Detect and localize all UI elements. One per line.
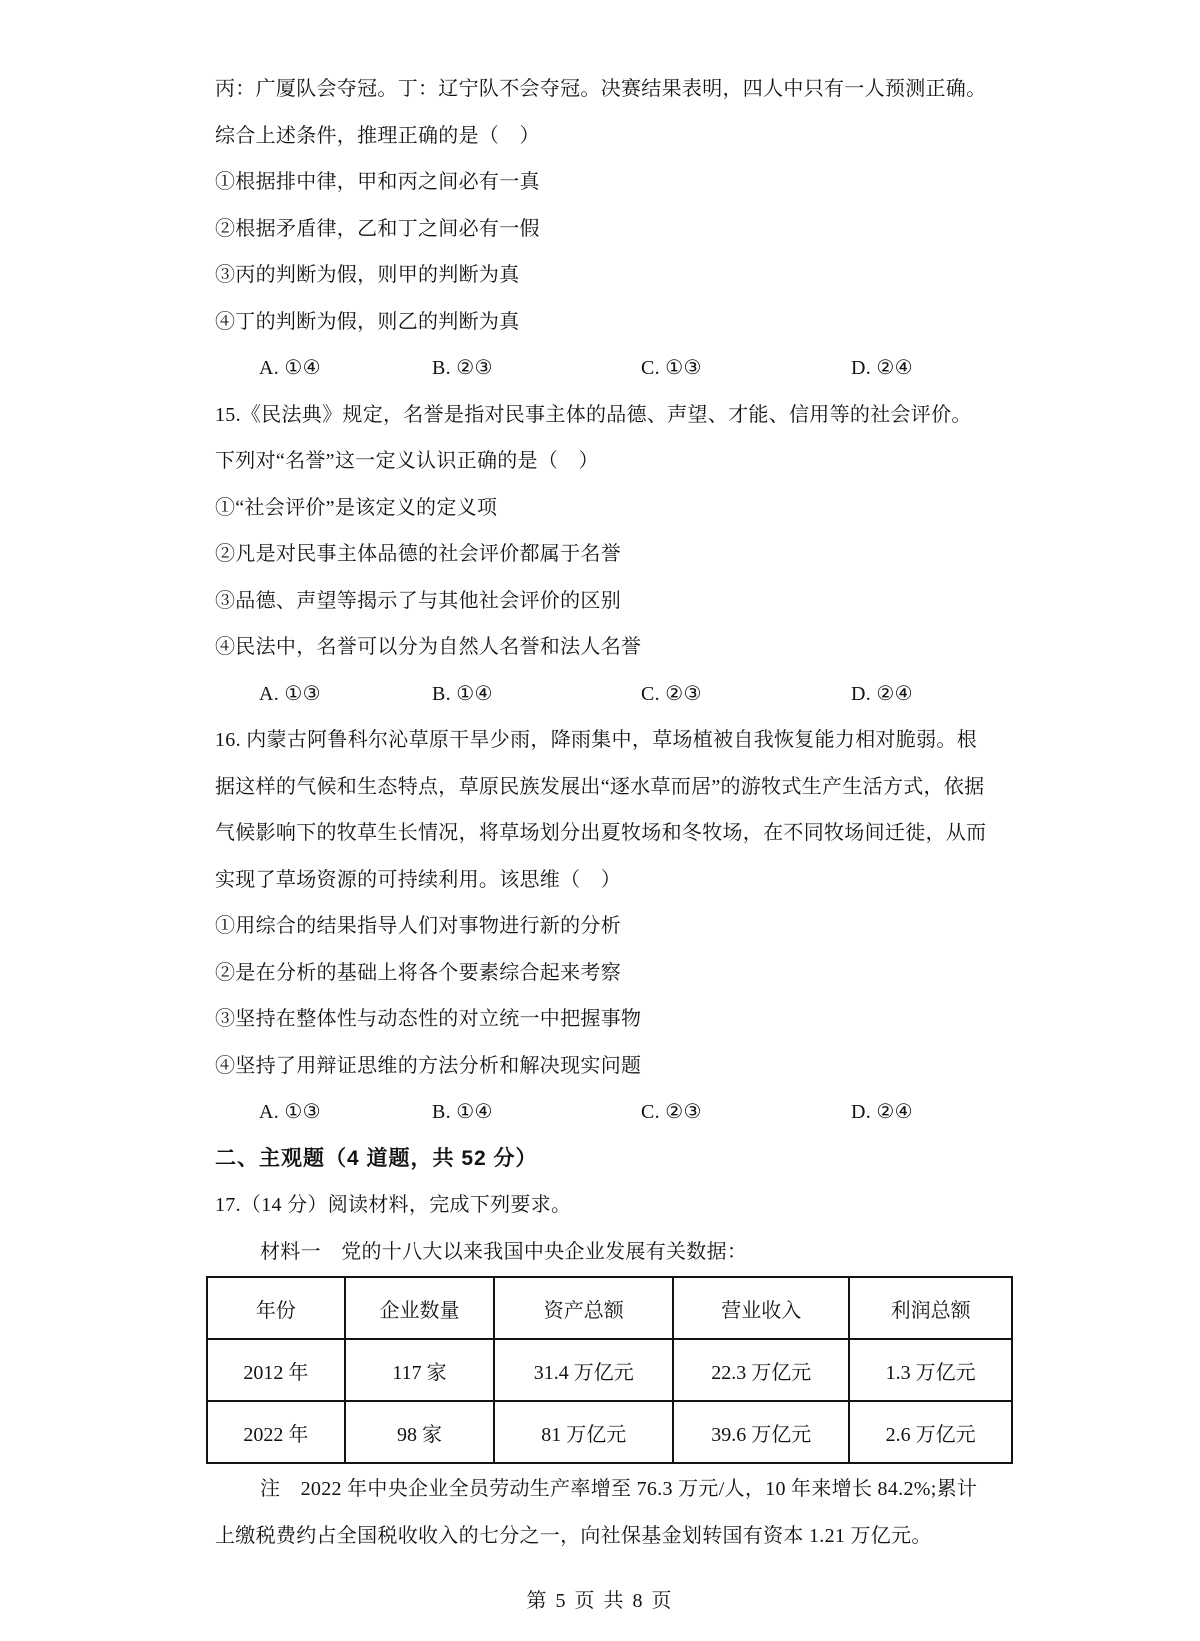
- q16-options-row: A. ①③ B. ①④ C. ②③ D. ②④: [215, 1089, 975, 1136]
- q14-option-b: B. ②③: [432, 345, 493, 392]
- page-number-footer: 第 5 页 共 8 页: [0, 1586, 1200, 1616]
- q15-item-1: ①“社会评价”是该定义的定义项: [215, 485, 975, 532]
- q14-stem-line-2: 综合上述条件，推理正确的是（ ）: [215, 113, 975, 160]
- q16-stem-line-2: 据这样的气候和生态特点，草原民族发展出“逐水草而居”的游牧式生产生活方式，依据: [215, 764, 975, 811]
- q14-item-1: ①根据排中律，甲和丙之间必有一真: [215, 159, 975, 206]
- q16-item-4: ④坚持了用辩证思维的方法分析和解决现实问题: [215, 1043, 975, 1090]
- table-row-2012: 2012 年 117 家 31.4 万亿元 22.3 万亿元 1.3 万亿元: [207, 1339, 1012, 1401]
- table-header-total-profit: 利润总额: [849, 1277, 1012, 1339]
- cell-2012-profit: 1.3 万亿元: [849, 1339, 1012, 1401]
- q14-item-4: ④丁的判断为假，则乙的判断为真: [215, 299, 975, 346]
- exam-content: 丙：广厦队会夺冠。丁：辽宁队不会夺冠。决赛结果表明，四人中只有一人预测正确。 综…: [215, 66, 975, 1559]
- q16-option-a: A. ①③: [259, 1089, 321, 1136]
- q15-item-3: ③品德、声望等揭示了与其他社会评价的区别: [215, 578, 975, 625]
- table-header-total-assets: 资产总额: [494, 1277, 673, 1339]
- cell-2022-profit: 2.6 万亿元: [849, 1401, 1012, 1463]
- q17-material-1-label: 材料一 党的十八大以来我国中央企业发展有关数据：: [215, 1229, 975, 1276]
- q15-option-c: C. ②③: [641, 671, 702, 718]
- section-2-heading: 二、主观题（4 道题，共 52 分）: [215, 1136, 975, 1183]
- q16-stem-line-1: 16. 内蒙古阿鲁科尔沁草原干旱少雨，降雨集中，草场植被自我恢复能力相对脆弱。根: [215, 717, 975, 764]
- q17-data-table: 年份 企业数量 资产总额 营业收入 利润总额 2012 年 117 家 31.4…: [206, 1276, 1013, 1464]
- cell-2022-count: 98 家: [345, 1401, 495, 1463]
- cell-2012-count: 117 家: [345, 1339, 495, 1401]
- q15-option-a: A. ①③: [259, 671, 321, 718]
- table-header-operating-revenue: 营业收入: [673, 1277, 849, 1339]
- q14-option-d: D. ②④: [851, 345, 913, 392]
- q15-options-row: A. ①③ B. ①④ C. ②③ D. ②④: [215, 671, 975, 718]
- q16-item-1: ①用综合的结果指导人们对事物进行新的分析: [215, 903, 975, 950]
- q16-option-d: D. ②④: [851, 1089, 913, 1136]
- q17-note-line-2: 上缴税费约占全国税收收入的七分之一，向社保基金划转国有资本 1.21 万亿元。: [215, 1513, 975, 1560]
- table-header-enterprise-count: 企业数量: [345, 1277, 495, 1339]
- q15-stem-line-1: 15.《民法典》规定，名誉是指对民事主体的品德、声望、才能、信用等的社会评价。: [215, 392, 975, 439]
- q16-item-3: ③坚持在整体性与动态性的对立统一中把握事物: [215, 996, 975, 1043]
- q16-option-b: B. ①④: [432, 1089, 493, 1136]
- cell-2022-assets: 81 万亿元: [494, 1401, 673, 1463]
- table-header-year: 年份: [207, 1277, 345, 1339]
- cell-2012-assets: 31.4 万亿元: [494, 1339, 673, 1401]
- q16-item-2: ②是在分析的基础上将各个要素综合起来考察: [215, 950, 975, 997]
- exam-page: 丙：广厦队会夺冠。丁：辽宁队不会夺冠。决赛结果表明，四人中只有一人预测正确。 综…: [0, 0, 1200, 1641]
- table-header-row: 年份 企业数量 资产总额 营业收入 利润总额: [207, 1277, 1012, 1339]
- q15-item-2: ②凡是对民事主体品德的社会评价都属于名誉: [215, 531, 975, 578]
- q16-stem-line-4: 实现了草场资源的可持续利用。该思维（ ）: [215, 857, 975, 904]
- table-row-2022: 2022 年 98 家 81 万亿元 39.6 万亿元 2.6 万亿元: [207, 1401, 1012, 1463]
- cell-2022-year: 2022 年: [207, 1401, 345, 1463]
- q15-stem-line-2: 下列对“名誉”这一定义认识正确的是（ ）: [215, 438, 975, 485]
- q16-option-c: C. ②③: [641, 1089, 702, 1136]
- q17-intro: 17.（14 分）阅读材料，完成下列要求。: [215, 1182, 975, 1229]
- q17-note: 注 2022 年中央企业全员劳动生产率增至 76.3 万元/人，10 年来增长 …: [215, 1466, 975, 1559]
- cell-2022-revenue: 39.6 万亿元: [673, 1401, 849, 1463]
- q14-option-c: C. ①③: [641, 345, 702, 392]
- q17-note-line-1: 注 2022 年中央企业全员劳动生产率增至 76.3 万元/人，10 年来增长 …: [215, 1466, 975, 1513]
- q15-item-4: ④民法中，名誉可以分为自然人名誉和法人名誉: [215, 624, 975, 671]
- q15-option-b: B. ①④: [432, 671, 493, 718]
- q14-item-3: ③丙的判断为假，则甲的判断为真: [215, 252, 975, 299]
- cell-2012-year: 2012 年: [207, 1339, 345, 1401]
- q14-options-row: A. ①④ B. ②③ C. ①③ D. ②④: [215, 345, 975, 392]
- cell-2012-revenue: 22.3 万亿元: [673, 1339, 849, 1401]
- q14-stem-line-1: 丙：广厦队会夺冠。丁：辽宁队不会夺冠。决赛结果表明，四人中只有一人预测正确。: [215, 66, 975, 113]
- q15-option-d: D. ②④: [851, 671, 913, 718]
- q14-option-a: A. ①④: [259, 345, 321, 392]
- q14-item-2: ②根据矛盾律，乙和丁之间必有一假: [215, 206, 975, 253]
- q16-stem-line-3: 气候影响下的牧草生长情况，将草场划分出夏牧场和冬牧场，在不同牧场间迁徙，从而: [215, 810, 975, 857]
